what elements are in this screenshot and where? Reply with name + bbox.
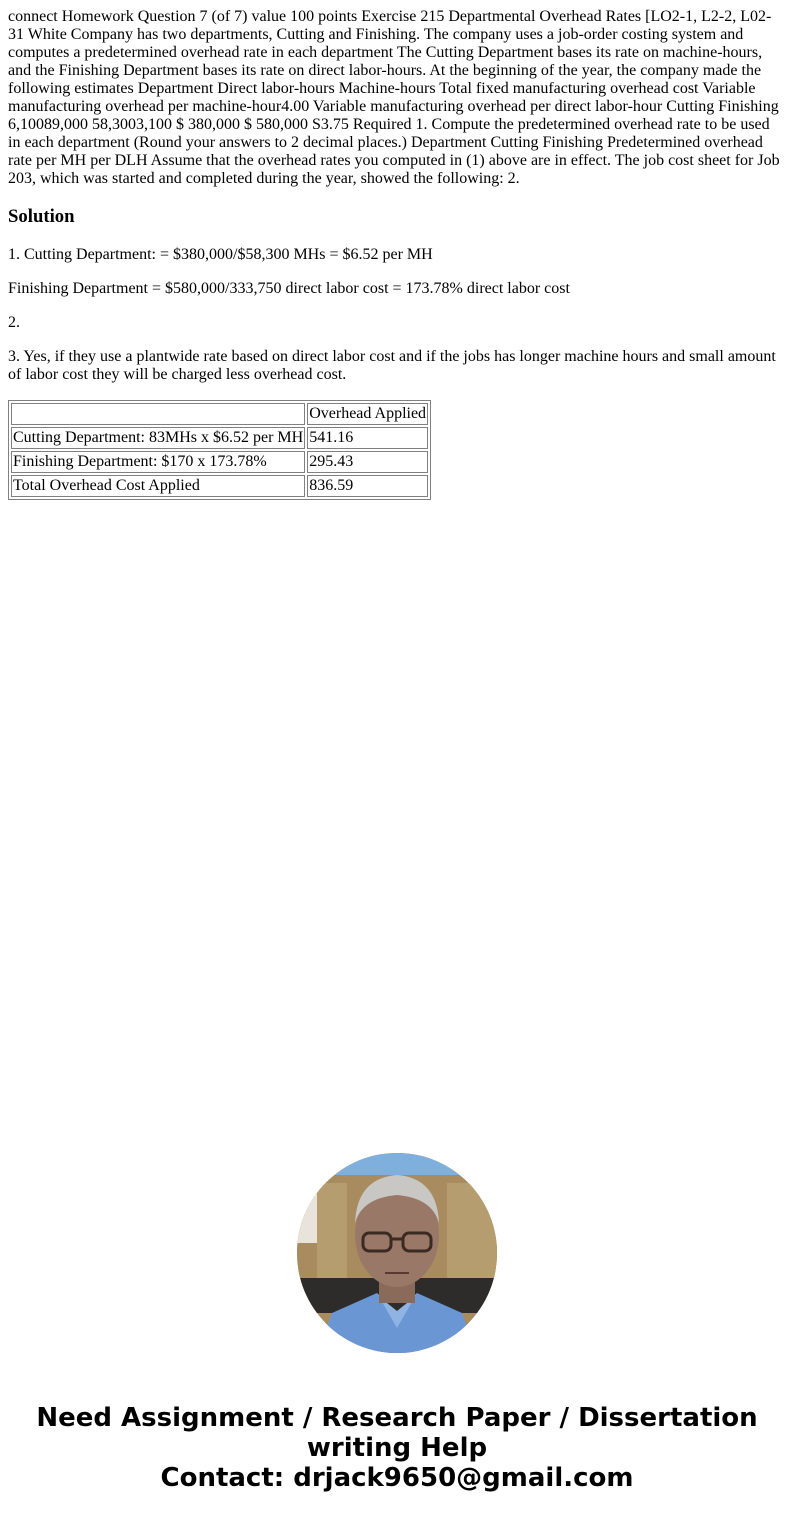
table-row: Total Overhead Cost Applied 836.59 (11, 475, 428, 497)
promo-line-2: writing Help (0, 1433, 794, 1463)
table-cell-value: 295.43 (307, 451, 428, 473)
table-header-cell-overhead-applied: Overhead Applied (307, 403, 428, 425)
table-cell-value: 836.59 (307, 475, 428, 497)
overhead-applied-table: Overhead Applied Cutting Department: 83M… (8, 400, 431, 500)
table-cell-label: Cutting Department: 83MHs x $6.52 per MH (11, 427, 305, 449)
answer-1-finishing: Finishing Department = $580,000/333,750 … (8, 280, 786, 298)
promo-banner: Need Assignment / Research Paper / Disse… (0, 1403, 794, 1493)
answer-3: 3. Yes, if they use a plantwide rate bas… (8, 348, 786, 384)
table-cell-value: 541.16 (307, 427, 428, 449)
answer-2: 2. (8, 314, 786, 332)
solution-heading: Solution (8, 206, 786, 228)
question-text: connect Homework Question 7 (of 7) value… (8, 8, 786, 188)
answer-1-cutting: 1. Cutting Department: = $380,000/$58,30… (8, 246, 786, 264)
document-content: connect Homework Question 7 (of 7) value… (8, 8, 786, 500)
table-header-cell-empty (11, 403, 305, 425)
promo-line-1: Need Assignment / Research Paper / Disse… (0, 1403, 794, 1433)
person-photo-icon (297, 1153, 497, 1353)
table-row: Finishing Department: $170 x 173.78% 295… (11, 451, 428, 473)
table-header-row: Overhead Applied (11, 403, 428, 425)
tutor-avatar (297, 1153, 497, 1353)
promo-contact: Contact: drjack9650@gmail.com (0, 1463, 794, 1493)
table-cell-label: Total Overhead Cost Applied (11, 475, 305, 497)
table-row: Cutting Department: 83MHs x $6.52 per MH… (11, 427, 428, 449)
table-cell-label: Finishing Department: $170 x 173.78% (11, 451, 305, 473)
